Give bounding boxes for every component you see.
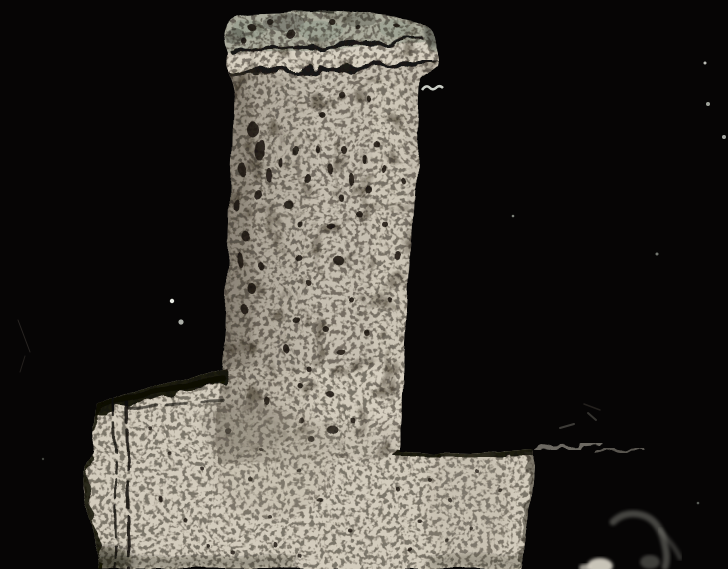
photo-canvas xyxy=(0,0,728,569)
monument-photo xyxy=(0,0,728,569)
